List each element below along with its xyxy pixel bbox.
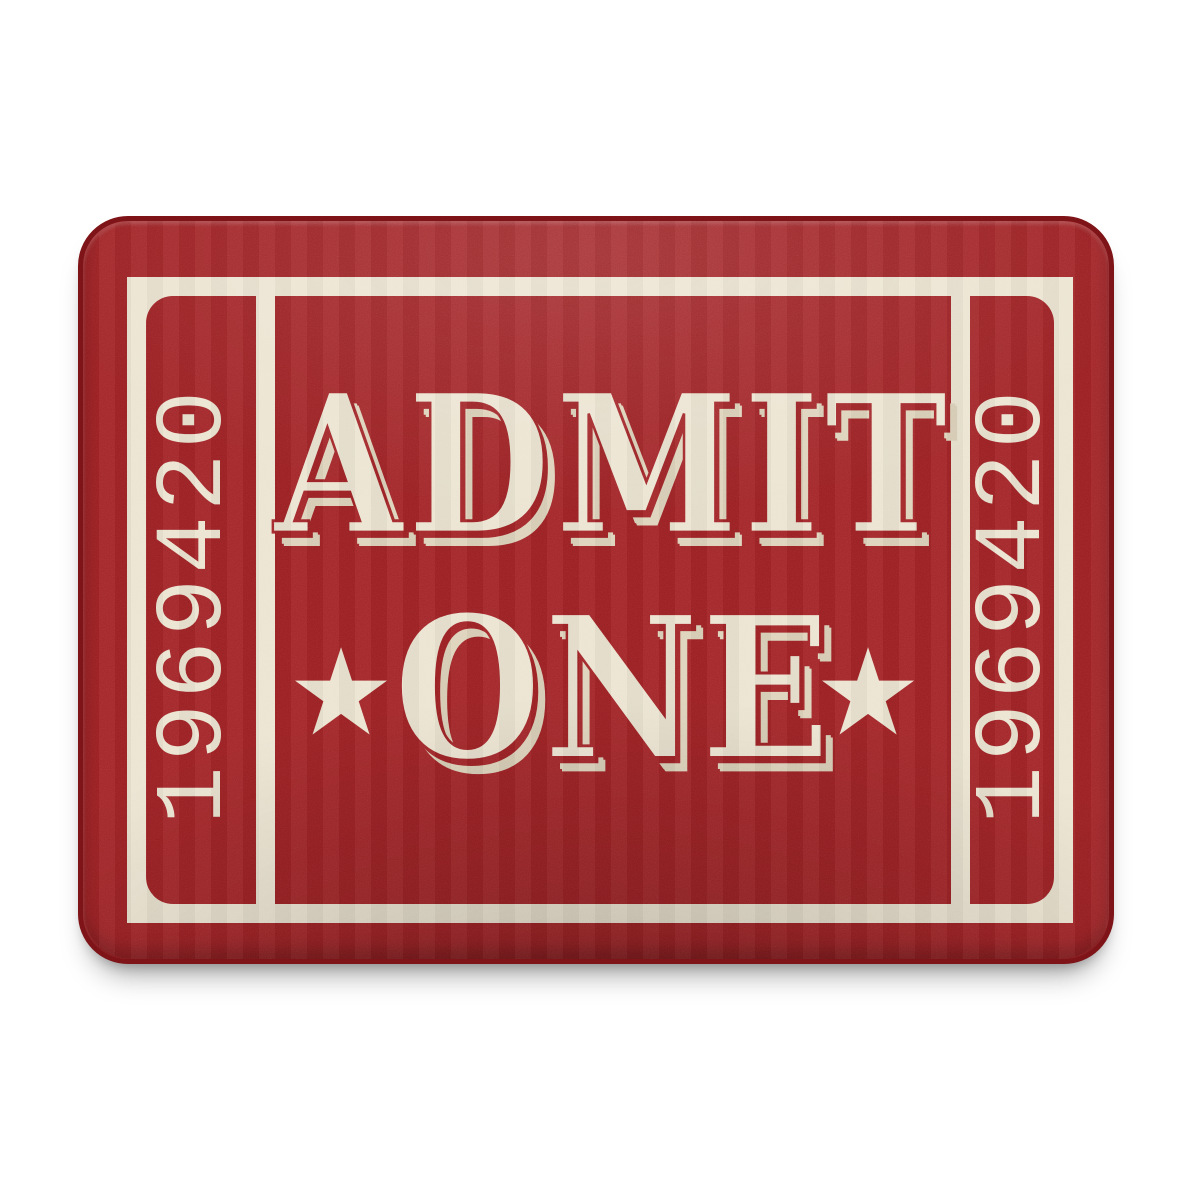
star-icon-right: ★: [814, 633, 922, 753]
headline-one: ONE: [393, 590, 832, 787]
serial-number-left: 1969420: [147, 386, 243, 824]
frame-corner-notch-bottom-left: [127, 877, 173, 923]
stub-divider-left: [256, 277, 275, 923]
star-icon-left: ★: [287, 633, 395, 753]
headline-admit: ADMIT: [274, 370, 952, 563]
product-photo-canvas: 1969420 1969420 ADMIT ★ ONE ★: [0, 0, 1200, 1200]
serial-number-right: 1969420: [966, 386, 1062, 824]
frame-corner-notch-top-right: [1027, 277, 1073, 323]
frame-corner-notch-top-left: [127, 277, 173, 323]
admit-one-doormat: 1969420 1969420 ADMIT ★ ONE ★: [78, 216, 1114, 964]
frame-corner-notch-bottom-right: [1027, 877, 1073, 923]
